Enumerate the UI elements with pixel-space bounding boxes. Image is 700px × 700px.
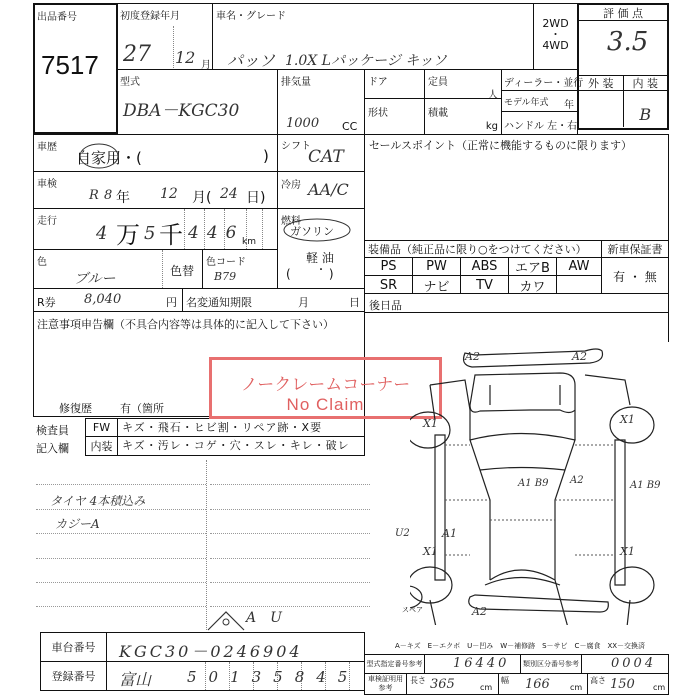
displacement-cell: 排気量 1000 CC (277, 69, 365, 135)
shape-label: 形状 (368, 104, 388, 119)
certificate-label: 車検証明用参考 (365, 674, 407, 694)
name-change-cell: 名変通知期限 月 日 (182, 288, 365, 312)
damage-legend: A－キズ E－エクボ U－凹み W－補修跡 S－サビ C－腐食 XX－交換済 (395, 641, 645, 651)
shift-label: シフト (281, 137, 311, 152)
repair-history-label: 修復歴 (59, 400, 92, 416)
capacity-label: 定員 (428, 73, 448, 88)
ac-value: AA/C (308, 180, 349, 199)
first-registration-cell: 初度登録年月 27 12 月 (116, 3, 213, 70)
damage-mark: A1 (442, 527, 457, 540)
equip-leather: カワ (509, 276, 557, 294)
equipment-cell: 装備品（純正品に限り○をつけてください） 新車保証書 PS PW ABS エアB… (364, 240, 669, 294)
shaken-cell: 車検 R 8 年 12 月( 24 日) (33, 171, 278, 209)
fuel-paren: ( ) (286, 267, 334, 281)
damage-mark: X1 (423, 417, 438, 430)
damage-mark: A1 B9 (518, 478, 548, 489)
equip-tv: TV (461, 276, 509, 294)
equip-ps: PS (365, 258, 413, 276)
lot-number-box: 出品番号 7517 (33, 3, 118, 134)
recycle-cell: R券 8,040 円 (33, 288, 183, 312)
model-year-label: モデル年式 (504, 95, 549, 108)
damage-mark: X1 (423, 545, 438, 558)
displacement-unit: CC (342, 120, 357, 133)
category-label: 類別区分番号参考 (520, 655, 582, 673)
shaken-era: R (89, 188, 99, 203)
shape-cell: 形状 (364, 98, 425, 135)
damage-mark: A2 (465, 350, 480, 363)
handle-cell: ハンドル 左・右 (501, 111, 578, 135)
grade: 1.0X Lパッケージ キッソ (285, 50, 447, 70)
remarks-line-1: タイヤ 4本積込み (50, 492, 145, 509)
model-value: DBA－KGC30 (123, 96, 239, 121)
auction-mark: AU (246, 610, 296, 626)
dealer-label: ディーラー・並行 (504, 74, 583, 89)
damage-mark: U2 (395, 528, 410, 539)
chassis-value: KGC30－0246904 (119, 639, 303, 662)
equip-abs: ABS (461, 258, 509, 276)
damage-mark: X1 (620, 413, 635, 426)
model-designation-label: 型式指定番号参考 (365, 655, 425, 673)
color-value: ブルー (74, 268, 115, 288)
day-unit: 日) (246, 187, 265, 207)
inspector-interior-label: 内装 (86, 437, 118, 455)
score-label: 評 価 点 (579, 5, 667, 21)
model-designation-cell: 型式指定番号参考 16440 類別区分番号参考 0004 (364, 654, 669, 674)
lot-number: 7517 (41, 50, 99, 81)
fuel-cell: 燃料 ガソリン 軽 油 ・ ( ) (277, 208, 365, 289)
car-name: パッソ (227, 48, 275, 71)
shaken-month: 12 (160, 186, 178, 202)
width-value: 166 (525, 677, 550, 692)
interior-value: B (624, 91, 668, 127)
shift-value: CAT (308, 147, 344, 167)
registration-prefix: 富山 (119, 667, 151, 690)
lot-label: 出品番号 (37, 8, 77, 23)
equip-sr: SR (365, 276, 413, 294)
drive-cell: 2WD ・ 4WD (533, 3, 578, 70)
model-cell: 型式 DBA－KGC30 (116, 69, 278, 135)
exterior-value (579, 91, 624, 127)
score-value: 3.5 (607, 27, 648, 57)
height-value: 150 (610, 677, 635, 692)
name-change-month: 月 (298, 294, 309, 310)
width-unit: cm (570, 683, 582, 692)
fw-value: キズ・飛石・ヒビ割・リペア跡・X要 (118, 419, 322, 436)
shift-cell: シフト CAT (277, 134, 365, 172)
sales-point-cell: セールスポイント（正常に機能するものに限ります） (364, 134, 669, 241)
mileage-label: 走行 (37, 212, 57, 227)
mileage-rest: 446 (188, 223, 244, 243)
notes-label: 注意事項申告欄（不具合内容等は具体的に記入して下さい） (37, 316, 334, 332)
inspector-interior-value: キズ・汚レ・コゲ・穴・スレ・キレ・破レ (118, 437, 350, 455)
remarks-line-2: カジーA (55, 515, 100, 532)
later-items-cell: 後日品 (364, 293, 669, 313)
history-label: 車歴 (37, 138, 57, 153)
model-year-cell: モデル年式 年 (501, 90, 578, 112)
recycle-value: 8,040 (84, 292, 121, 307)
mileage-sen: 5 (144, 223, 155, 244)
damage-mark: A1 B9 (630, 480, 660, 491)
height-unit: cm (653, 683, 665, 692)
exterior-label: 外 装 (579, 76, 624, 90)
height-label: 高さ (590, 675, 606, 686)
inspector-label-1: 検査員 (36, 422, 69, 438)
warranty-value: 有 ・ 無 (602, 258, 668, 294)
color-code-label: 色コード (206, 253, 246, 268)
house-mark-icon (206, 608, 246, 632)
equip-empty (557, 276, 602, 294)
shaken-day: 24 (220, 186, 238, 202)
first-reg-label: 初度登録年月 (120, 7, 180, 22)
chassis-cell: 車台番号 KGC30－0246904 (40, 632, 365, 662)
shaken-label: 車検 (37, 175, 57, 190)
equip-pw: PW (413, 258, 461, 276)
stamp-line-2: No Claim (212, 395, 439, 415)
recycle-label: R券 (37, 294, 56, 310)
year-unit: 年 (116, 187, 130, 207)
drive-4wd: 4WD (534, 40, 577, 51)
model-year-unit: 年 (564, 96, 574, 111)
equip-airbag: エアB (509, 258, 557, 276)
damage-mark: A2 (572, 350, 587, 363)
stamp-line-1: ノークレームコーナー (212, 370, 439, 395)
registration-cell: 登録番号 富山 50135845 (40, 661, 365, 691)
chassis-label: 車台番号 (41, 633, 107, 661)
door-cell: ドア (364, 69, 425, 99)
displacement-label: 排気量 (281, 73, 311, 88)
score-box: 評 価 点 3.5 外 装 内 装 B (577, 3, 669, 130)
model-label: 型式 (120, 73, 140, 88)
model-designation-value: 16440 (453, 656, 509, 671)
man-unit: 万 (116, 215, 140, 250)
warranty-label: 新車保証書 (602, 241, 668, 257)
category-value: 0004 (611, 656, 656, 671)
damage-mark: A2 (472, 605, 487, 618)
load-cell: 積載 kg (424, 98, 502, 135)
mileage-unit: km (242, 237, 256, 247)
name-change-label: 名変通知期限 (186, 294, 252, 310)
history-close: ) (263, 147, 269, 165)
recycle-unit: 円 (166, 294, 177, 310)
mileage-cell: 走行 4 万 5 千 446 km (33, 208, 278, 250)
color-label: 色 (37, 253, 47, 268)
capacity-cell: 定員 人 (424, 69, 502, 99)
certificate-cell: 車検証明用参考 長さ 365 cm 幅 166 cm 高さ 150 cm (364, 673, 669, 695)
first-reg-year: 27 (123, 42, 151, 67)
damage-mark: X1 (620, 545, 635, 558)
displacement-value: 1000 (286, 116, 319, 131)
shaken-year: 8 (104, 188, 112, 203)
color-code-value: B79 (214, 270, 236, 283)
equipment-label: 装備品（純正品に限り○をつけてください） (365, 241, 602, 257)
damage-mark: A2 (570, 475, 584, 486)
fw-label: FW (86, 419, 118, 436)
color-change-label: 色替 (170, 262, 194, 279)
inspector-section: 検査員 記入欄 FW キズ・飛石・ヒビ割・リペア跡・X要 内装 キズ・汚レ・コゲ… (33, 418, 365, 458)
length-unit: cm (480, 683, 492, 692)
circle-mark-icon (78, 141, 120, 171)
car-name-label: 車名・グレード (216, 7, 286, 22)
repair-history-value: 有（箇所 (120, 400, 164, 416)
first-reg-month: 12 (175, 48, 195, 67)
registration-digits: 50135845 (187, 668, 359, 686)
later-label: 後日品 (369, 297, 402, 313)
sen-unit: 千 (159, 215, 183, 250)
month-unit: 月( (192, 187, 211, 207)
interior-label: 内 装 (624, 76, 668, 90)
ac-label: 冷房 (281, 176, 301, 191)
history-cell: 車歴 自家用・( ) (33, 134, 278, 172)
circle-mark-icon (282, 217, 352, 243)
equip-navi: ナビ (413, 276, 461, 294)
handle-label: ハンドル 左・右 (504, 117, 577, 132)
length-value: 365 (430, 677, 455, 692)
door-label: ドア (368, 73, 388, 88)
color-cell: 色 ブルー 色替 色コード B79 (33, 249, 278, 289)
mileage-man: 4 (96, 223, 107, 244)
no-claim-stamp: ノークレームコーナー No Claim (209, 357, 442, 419)
ac-cell: 冷房 AA/C (277, 171, 365, 209)
inspector-label-2: 記入欄 (36, 440, 69, 456)
width-label: 幅 (501, 675, 509, 686)
load-unit: kg (486, 121, 498, 132)
right-border (668, 312, 669, 342)
registration-label: 登録番号 (41, 662, 107, 690)
dealer-cell: ディーラー・並行 (501, 69, 578, 91)
length-label: 長さ (410, 675, 426, 686)
load-label: 積載 (428, 104, 448, 119)
spare-label: スペア (402, 605, 423, 615)
name-change-day: 日 (349, 294, 360, 310)
car-name-cell: 車名・グレード パッソ 1.0X Lパッケージ キッソ (212, 3, 534, 70)
equip-aw: AW (557, 258, 602, 276)
sales-point-label: セールスポイント（正常に機能するものに限ります） (369, 137, 632, 153)
